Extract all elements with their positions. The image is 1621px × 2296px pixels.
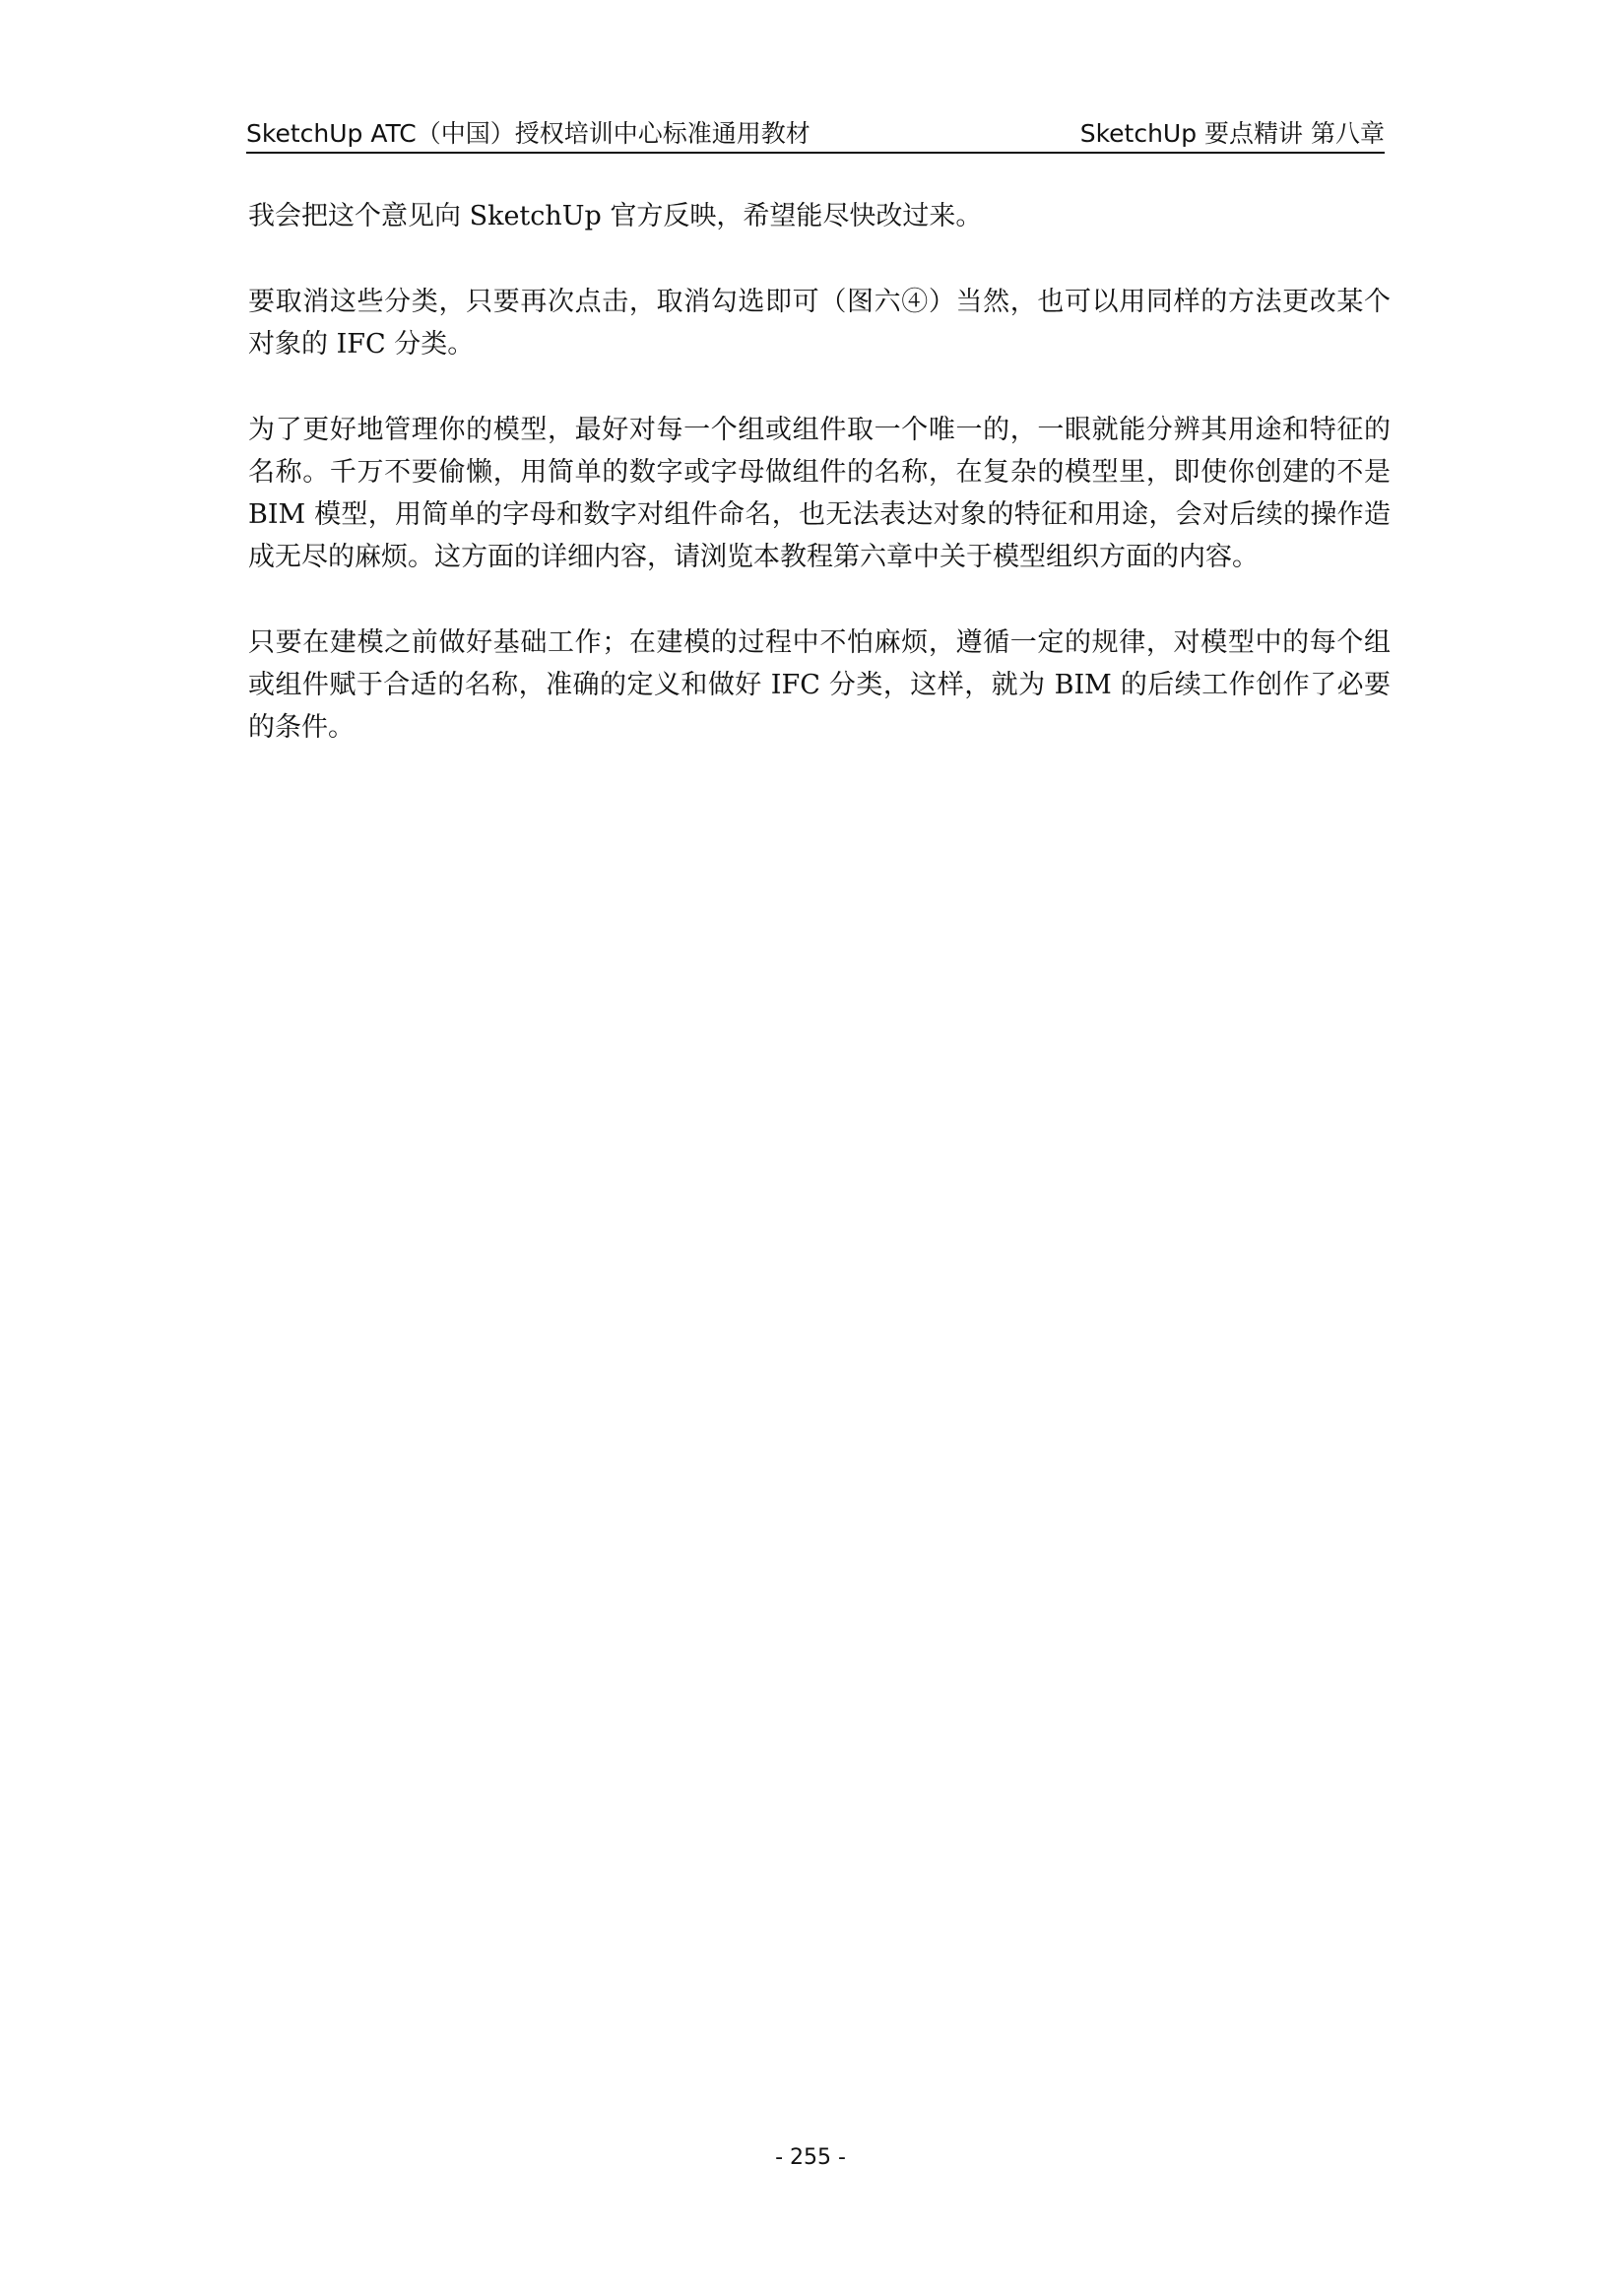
page-number: - 255 - (0, 2145, 1621, 2170)
paragraph: 只要在建模之前做好基础工作；在建模的过程中不怕麻烦，遵循一定的规律，对模型中的每… (248, 622, 1391, 749)
running-header: SketchUp ATC（中国）授权培训中心标准通用教材 SketchUp 要点… (246, 116, 1385, 154)
paragraph: 我会把这个意见向 SketchUp 官方反映，希望能尽快改过来。 (248, 195, 1391, 237)
body-text: 我会把这个意见向 SketchUp 官方反映，希望能尽快改过来。 要取消这些分类… (248, 195, 1391, 792)
paragraph: 为了更好地管理你的模型，最好对每一个组或组件取一个唯一的，一眼就能分辨其用途和特… (248, 409, 1391, 578)
document-page: SketchUp ATC（中国）授权培训中心标准通用教材 SketchUp 要点… (0, 0, 1621, 2296)
header-chapter-title: SketchUp 要点精讲 第八章 (1080, 118, 1385, 152)
header-book-title: SketchUp ATC（中国）授权培训中心标准通用教材 (246, 118, 810, 152)
paragraph: 要取消这些分类，只要再次点击，取消勾选即可（图六④）当然，也可以用同样的方法更改… (248, 281, 1391, 365)
